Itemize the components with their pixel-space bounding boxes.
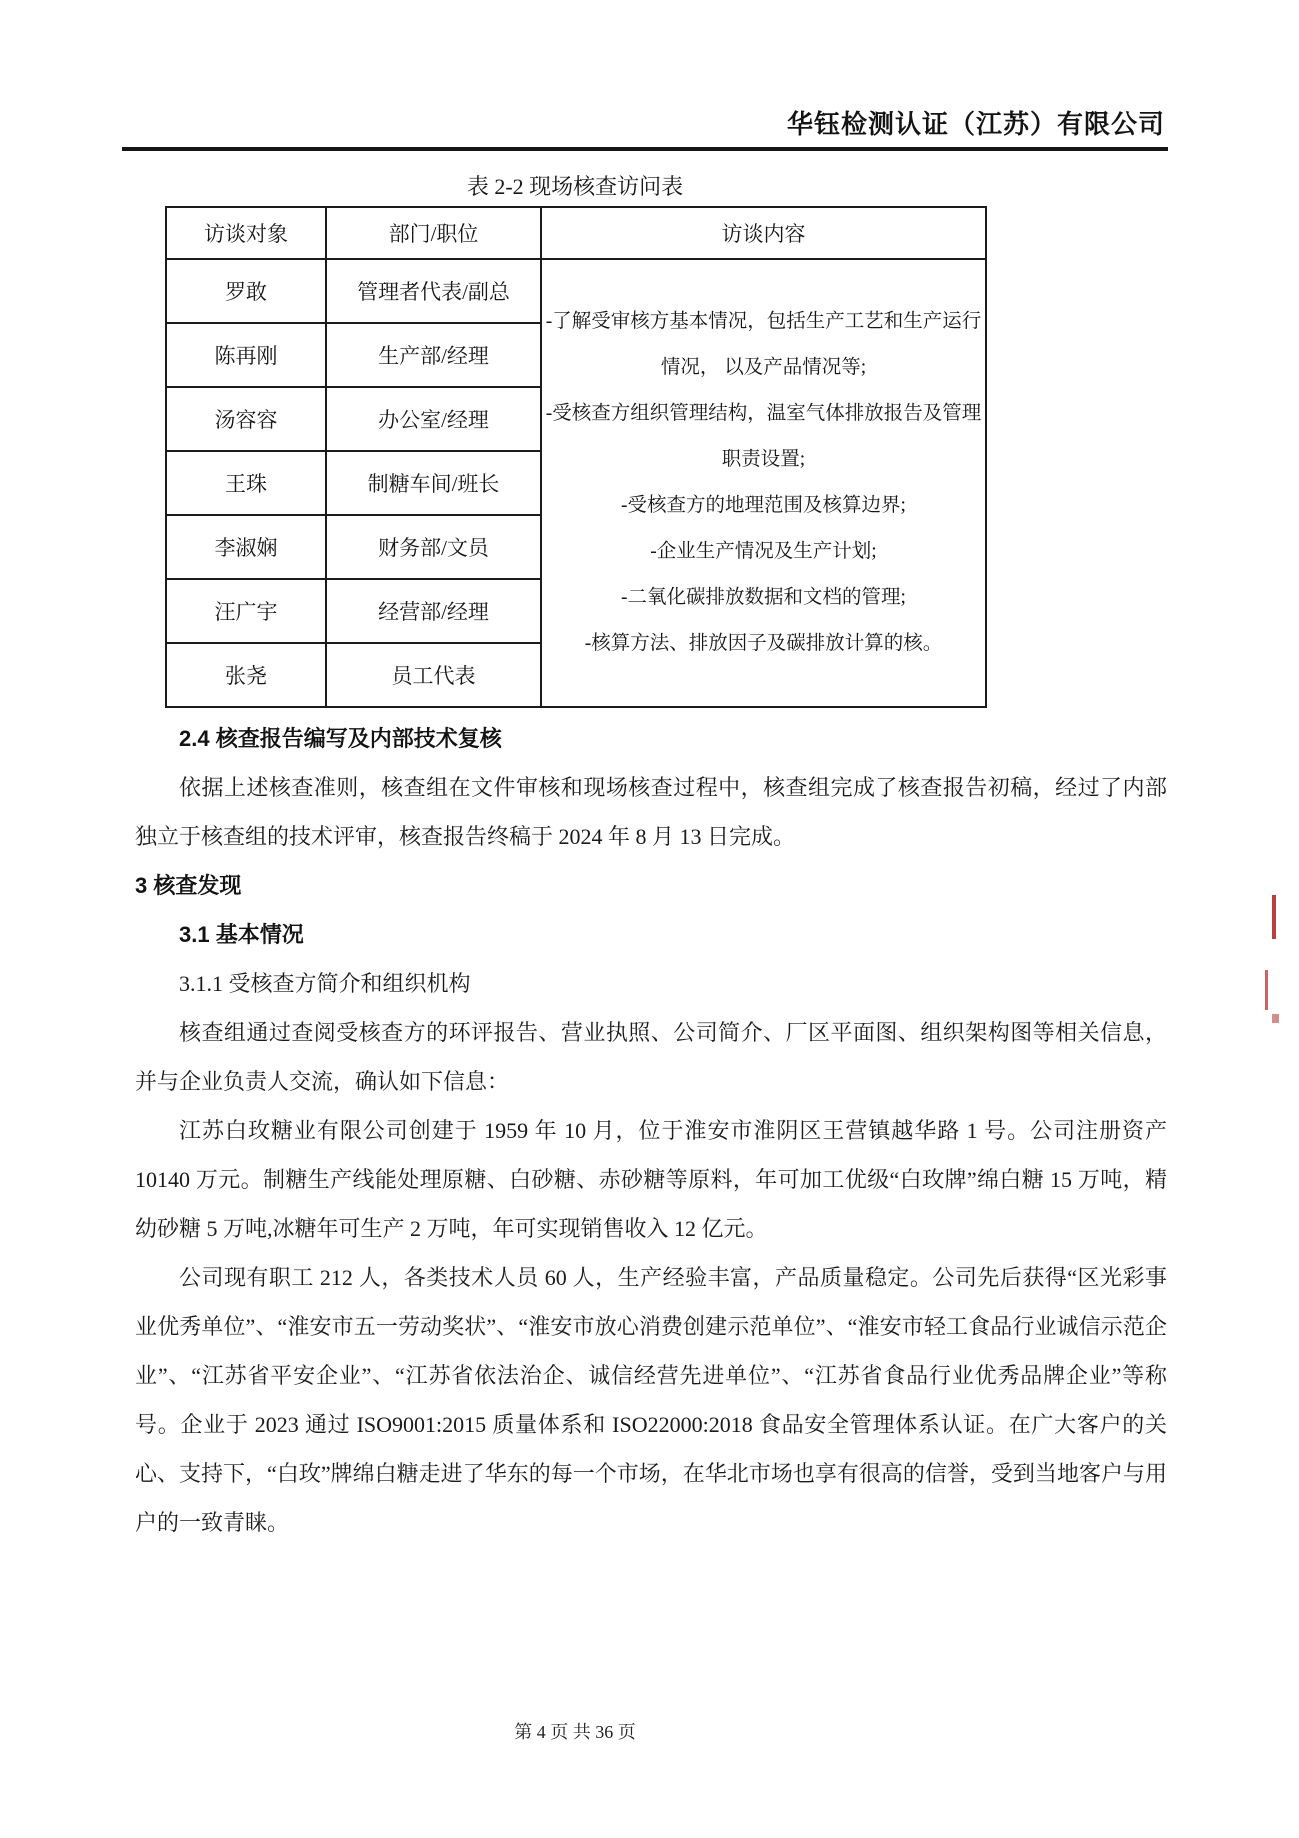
interviewee-position: 员工代表 xyxy=(326,643,541,707)
table-header-row: 访谈对象 部门/职位 访谈内容 xyxy=(166,207,986,259)
red-annotation-mark xyxy=(1272,895,1276,939)
column-header-interviewee: 访谈对象 xyxy=(166,207,326,259)
interviewee-name: 汪广宇 xyxy=(166,579,326,643)
content-line: -了解受审核方基本情况，包括生产工艺和生产运行 xyxy=(542,299,985,345)
interviewee-name: 李淑娴 xyxy=(166,515,326,579)
red-annotation-mark xyxy=(1265,970,1268,1010)
interviewee-name: 汤容容 xyxy=(166,387,326,451)
interviewee-position: 制糖车间/班长 xyxy=(326,451,541,515)
paragraph-2-4: 依据上述核查准则，核查组在文件审核和现场核查过程中，核查组完成了核查报告初稿，经… xyxy=(135,763,1167,861)
interview-table: 访谈对象 部门/职位 访谈内容 罗敢 管理者代表/副总 -了解受审核方基本情况，… xyxy=(165,206,987,708)
column-header-position: 部门/职位 xyxy=(326,207,541,259)
section-heading-3-1-1: 3.1.1 受核查方简介和组织机构 xyxy=(135,959,1167,1008)
body-content: 2.4 核查报告编写及内部技术复核 依据上述核查准则，核查组在文件审核和现场核查… xyxy=(135,714,1167,1547)
interview-content-cell: -了解受审核方基本情况，包括生产工艺和生产运行 情况， 以及产品情况等; -受核… xyxy=(541,259,986,707)
column-header-content: 访谈内容 xyxy=(541,207,986,259)
interviewee-position: 生产部/经理 xyxy=(326,323,541,387)
paragraph-intro: 核查组通过查阅受核查方的环评报告、营业执照、公司简介、厂区平面图、组织架构图等相… xyxy=(135,1008,1167,1106)
page-number: 第 4 页 共 36 页 xyxy=(165,1718,985,1744)
interviewee-position: 财务部/文员 xyxy=(326,515,541,579)
document-page: 华钰检测认证（江苏）有限公司 表 2-2 现场核查访问表 访谈对象 部门/职位 … xyxy=(0,0,1299,1838)
interviewee-name: 罗敢 xyxy=(166,259,326,323)
interviewee-name: 张尧 xyxy=(166,643,326,707)
table-title: 表 2-2 现场核查访问表 xyxy=(165,170,985,201)
section-heading-3: 3 核查发现 xyxy=(135,861,1167,910)
content-line: 职责设置; xyxy=(542,437,985,483)
paragraph-company-profile: 江苏白玫糖业有限公司创建于 1959 年 10 月，位于淮安市淮阴区王营镇越华路… xyxy=(135,1106,1167,1253)
content-line: -受核查方组织管理结构，温室气体排放报告及管理 xyxy=(542,391,985,437)
interviewee-name: 陈再刚 xyxy=(166,323,326,387)
red-annotation-mark xyxy=(1272,1014,1279,1023)
table-row: 罗敢 管理者代表/副总 -了解受审核方基本情况，包括生产工艺和生产运行 情况， … xyxy=(166,259,986,323)
interviewee-position: 管理者代表/副总 xyxy=(326,259,541,323)
section-heading-2-4: 2.4 核查报告编写及内部技术复核 xyxy=(135,714,1167,763)
interviewee-name: 王珠 xyxy=(166,451,326,515)
company-name: 华钰检测认证（江苏）有限公司 xyxy=(787,104,1165,141)
content-line: -企业生产情况及生产计划; xyxy=(542,529,985,575)
content-line: -二氧化碳排放数据和文档的管理; xyxy=(542,575,985,621)
content-line: -受核查方的地理范围及核算边界; xyxy=(542,483,985,529)
section-heading-3-1: 3.1 基本情况 xyxy=(135,910,1167,959)
paragraph-company-honors: 公司现有职工 212 人，各类技术人员 60 人，生产经验丰富，产品质量稳定。公… xyxy=(135,1253,1167,1547)
content-line: -核算方法、排放因子及碳排放计算的核。 xyxy=(542,621,985,667)
content-line: 情况， 以及产品情况等; xyxy=(542,345,985,391)
interviewee-position: 办公室/经理 xyxy=(326,387,541,451)
header-rule xyxy=(122,147,1168,151)
interviewee-position: 经营部/经理 xyxy=(326,579,541,643)
